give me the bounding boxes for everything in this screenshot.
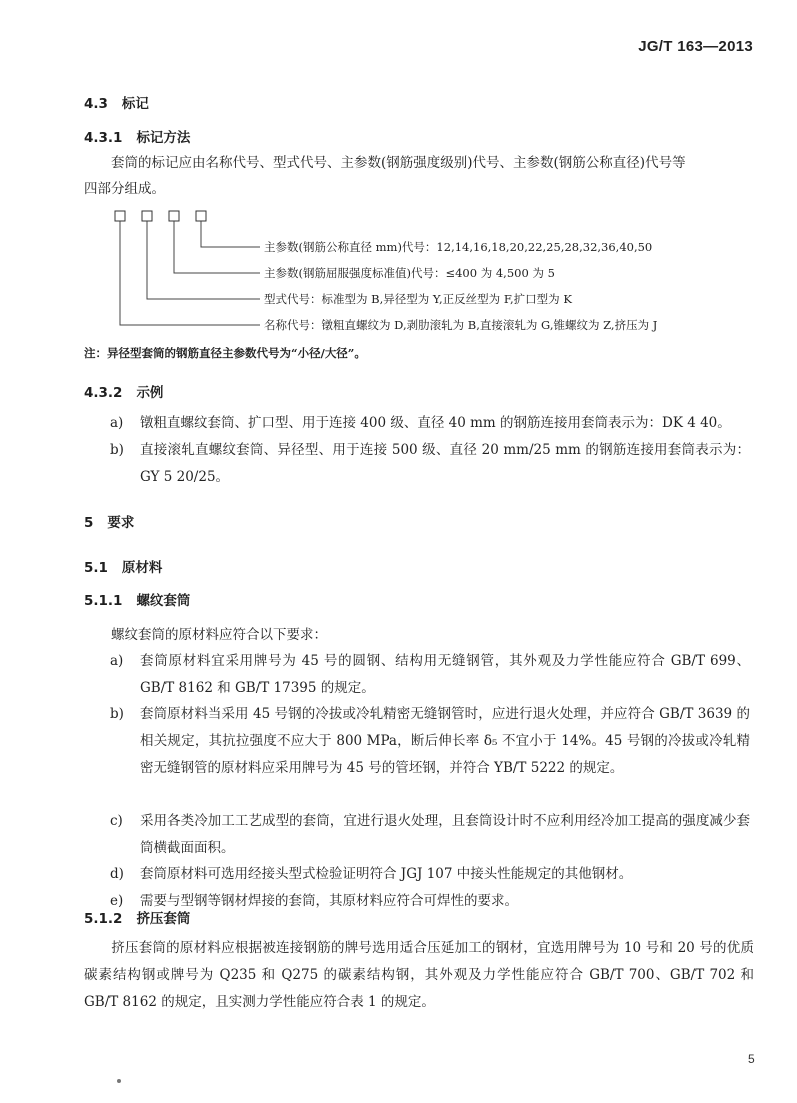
code-box-name (115, 211, 125, 221)
extrusion-sleeve-paragraph: 挤压套筒的原材料应根据被连接钢筋的牌号选用适合压延加工的钢材，宜选用牌号为 10… (84, 935, 754, 1016)
requirement-item-c: c) 采用各类冷加工工艺成型的套筒，宜进行退火处理，且套筒设计时不应利用经冷加工… (110, 808, 750, 862)
diagram-label-strength: 主参数(钢筋屈服强度标准值)代号：≤400 为 4,500 为 5 (264, 265, 555, 281)
example-item-a: a) 镦粗直螺纹套筒、扩口型、用于连接 400 级、直径 40 mm 的钢筋连接… (110, 410, 750, 437)
item-text: 镦粗直螺纹套筒、扩口型、用于连接 400 级、直径 40 mm 的钢筋连接用套筒… (140, 410, 750, 437)
section-number: 5.1.1 (84, 593, 122, 609)
section-heading-5: 5要求 (84, 511, 134, 531)
section-number: 5.1.2 (84, 911, 122, 927)
code-box-type (142, 211, 152, 221)
marking-diagram (0, 0, 797, 340)
diagram-label-diameter: 主参数(钢筋公称直径 mm)代号：12,14,16,18,20,22,25,28… (264, 239, 652, 255)
section-number: 4.3.2 (84, 385, 122, 401)
paragraph-text: 挤压套筒的原材料应根据被连接钢筋的牌号选用适合压延加工的钢材，宜选用牌号为 10… (84, 940, 754, 1010)
item-text: 直接滚轧直螺纹套筒、异径型、用于连接 500 级、直径 20 mm/25 mm … (140, 437, 750, 491)
item-label: b) (110, 701, 134, 728)
item-text: 套筒原材料当采用 45 号钢的冷拔或冷轧精密无缝钢管时，应进行退火处理，并应符合… (140, 701, 750, 782)
note: 注：异径型套筒的钢筋直径主参数代号为“小径/大径”。 (84, 345, 366, 361)
item-label: a) (110, 648, 134, 675)
requirements-intro: 螺纹套筒的原材料应符合以下要求： (111, 623, 327, 648)
item-label: b) (110, 437, 134, 464)
section-title: 挤压套筒 (136, 911, 190, 927)
diagram-label-type: 型式代号：标准型为 B,异径型为 Y,正反丝型为 F,扩口型为 K (264, 291, 572, 307)
item-text: 需要与型钢等钢材焊接的套筒，其原材料应符合可焊性的要求。 (140, 888, 750, 915)
section-heading-5-1: 5.1原材料 (84, 556, 162, 576)
item-label: c) (110, 808, 134, 835)
section-title: 要求 (107, 515, 134, 531)
diagram-label-name: 名称代号：镦粗直螺纹为 D,剥肋滚轧为 B,直接滚轧为 G,锥螺纹为 Z,挤压为… (264, 317, 657, 333)
code-box-diameter (196, 211, 206, 221)
requirement-item-a: a) 套筒原材料宜采用牌号为 45 号的圆钢、结构用无缝钢管，其外观及力学性能应… (110, 648, 750, 702)
item-label: d) (110, 861, 134, 888)
section-number: 5 (84, 515, 93, 531)
section-title: 螺纹套筒 (136, 593, 190, 609)
section-title: 原材料 (122, 560, 163, 576)
item-text: 采用各类冷加工工艺成型的套筒，宜进行退火处理，且套筒设计时不应利用经冷加工提高的… (140, 808, 750, 862)
item-label: a) (110, 410, 134, 437)
example-item-b: b) 直接滚轧直螺纹套筒、异径型、用于连接 500 级、直径 20 mm/25 … (110, 437, 750, 491)
section-number: 5.1 (84, 560, 108, 576)
section-title: 示例 (136, 385, 163, 401)
code-box-strength (169, 211, 179, 221)
scan-speck (117, 1079, 121, 1083)
requirement-item-e: e) 需要与型钢等钢材焊接的套筒，其原材料应符合可焊性的要求。 (110, 888, 750, 915)
section-heading-4-3-2: 4.3.2示例 (84, 381, 163, 401)
requirement-item-b: b) 套筒原材料当采用 45 号钢的冷拔或冷轧精密无缝钢管时，应进行退火处理，并… (110, 701, 750, 782)
section-heading-5-1-2: 5.1.2挤压套筒 (84, 907, 190, 927)
page-number: 5 (748, 1052, 755, 1066)
item-text: 套筒原材料可选用经接头型式检验证明符合 JGJ 107 中接头性能规定的其他钢材… (140, 861, 750, 888)
requirement-item-d: d) 套筒原材料可选用经接头型式检验证明符合 JGJ 107 中接头性能规定的其… (110, 861, 750, 888)
item-text: 套筒原材料宜采用牌号为 45 号的圆钢、结构用无缝钢管，其外观及力学性能应符合 … (140, 648, 750, 702)
section-heading-5-1-1: 5.1.1螺纹套筒 (84, 589, 190, 609)
